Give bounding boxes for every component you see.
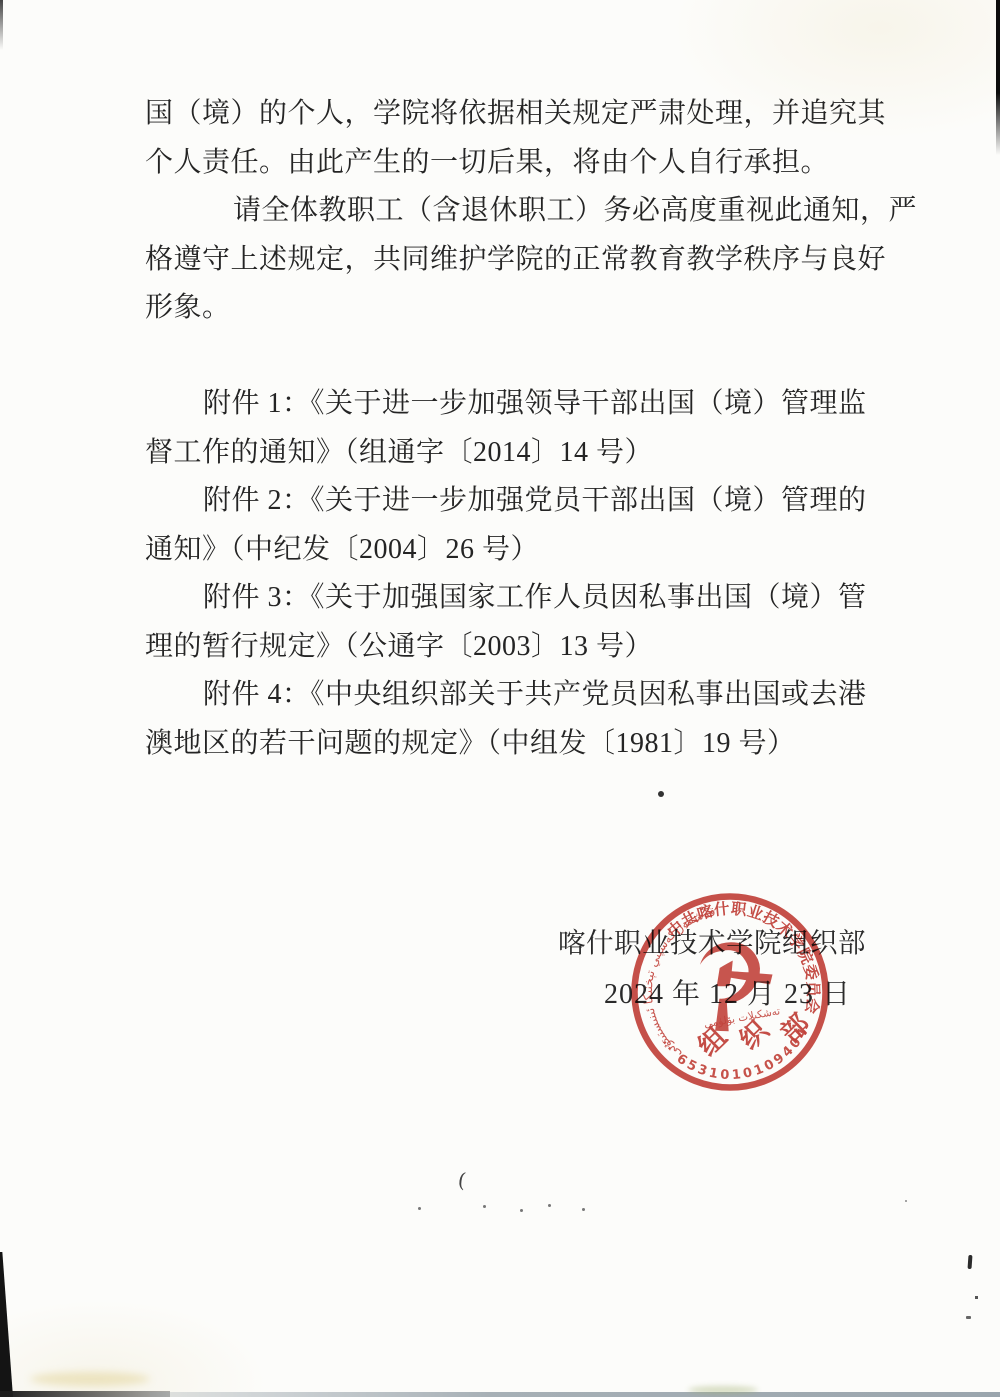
scan-speck [968,1255,973,1269]
scan-edge-artifact [0,0,3,50]
attachment-line: 督工作的通知》（组通字〔2014〕14 号） [145,429,885,478]
scan-mark: ( [456,1168,467,1193]
attachment-line: 附件 1：《关于进一步加强领导干部出国（境）管理监 [145,380,885,429]
body-line: 形象。 [145,284,885,333]
attachment-line: 附件 2：《关于进一步加强党员干部出国（境）管理的 [145,477,885,526]
scan-edge-artifact [996,0,1000,155]
scanned-document-page: 国（境）的个人，学院将依据相关规定严肃处理，并追究其 个人责任。由此产生的一切后… [0,0,1000,1397]
scan-edge-artifact [0,1391,170,1397]
body-paragraphs: 国（境）的个人，学院将依据相关规定严肃处理，并追究其 个人责任。由此产生的一切后… [145,90,885,333]
attachment-line: 附件 4：《中央组织部关于共产党员因私事出国或去港 [145,671,885,720]
official-seal-stamp: قەشقەر كەسپىي تېخنىكا ئىنىستىتۇتى 中共喀什职业… [620,882,840,1102]
attachment-line: 理的暂行规定》（公通字〔2003〕13 号） [145,623,885,672]
scan-edge-artifact [0,1252,13,1397]
attachment-line: 澳地区的若干问题的规定》（中组发〔1981〕19 号） [145,720,885,769]
body-line: 国（境）的个人，学院将依据相关规定严肃处理，并追究其 [145,90,885,139]
body-line: 个人责任。由此产生的一切后果，将由个人自行承担。 [145,139,885,188]
scan-speck [966,1316,971,1319]
scan-smudge [688,1386,758,1394]
scan-speck [905,1200,907,1202]
scan-edge-artifact [150,1392,1000,1397]
scan-speck [658,791,664,797]
seal-graphic: قەشقەر كەسپىي تېخنىكا ئىنىستىتۇتى 中共喀什职业… [620,882,840,1102]
attachment-line: 附件 3：《关于加强国家工作人员因私事出国（境）管 [145,574,885,623]
body-line: 请全体教职工（含退休职工）务必高度重视此通知，严 [145,187,885,236]
attachments-list: 附件 1：《关于进一步加强领导干部出国（境）管理监 督工作的通知》（组通字〔20… [145,380,885,768]
scan-speck [975,1296,978,1299]
body-line: 格遵守上述规定，共同维护学院的正常教育教学秩序与良好 [145,236,885,285]
attachment-line: 通知》（中纪发〔2004〕26 号） [145,526,885,575]
scan-smudge [30,1372,150,1386]
